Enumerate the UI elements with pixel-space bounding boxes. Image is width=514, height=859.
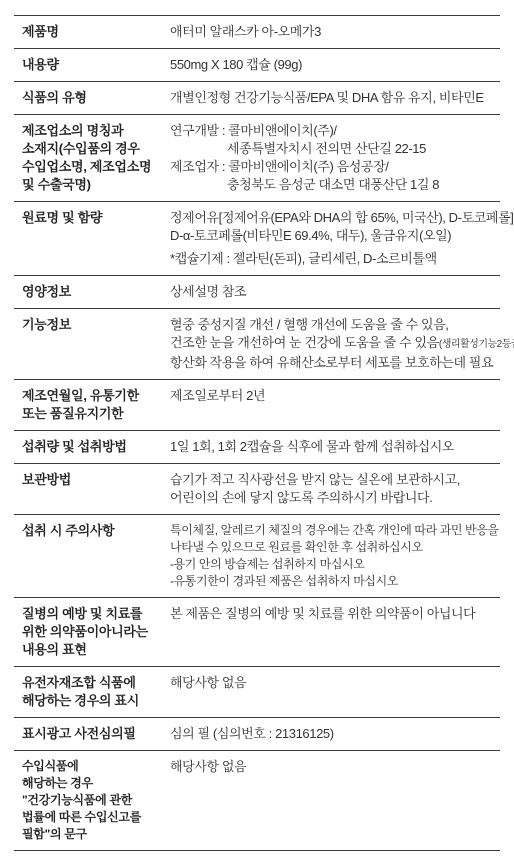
value-line: 1일 1회, 1회 2캡슐을 식후에 물과 함께 섭취하십시오 xyxy=(170,438,496,456)
value-text: 습기가 적고 직사광선을 받지 않는 실온에 보관하시고, xyxy=(170,472,460,487)
row-value: 해당사항 없음 xyxy=(170,758,500,776)
value-text: 해당사항 없음 xyxy=(170,675,246,690)
label-line: 법률에 따른 수입신고를 xyxy=(22,809,164,826)
label-line: 내용량 xyxy=(22,56,164,74)
row-value: 심의 필 (심의번호 : 21316125) xyxy=(170,725,500,743)
value-line: 나타낼 수 있으므로 원료를 확인한 후 섭취하십시오 xyxy=(170,539,499,556)
label-line: 소재지(수입품의 경우 xyxy=(22,140,164,158)
value-text: 상세설명 참조 xyxy=(170,284,246,299)
table-row: 수입식품에해당하는 경우"건강기능식품에 관한법률에 따른 수입신고를필함"의 … xyxy=(14,751,500,851)
value-text: 제조업자 : 콜마비앤에이치(주) 음성공장/ xyxy=(170,159,388,174)
label-line: 또는 품질유지기한 xyxy=(22,405,164,423)
value-text: 본 제품은 질병의 예방 및 치료를 위한 의약품이 아닙니다 xyxy=(170,606,475,621)
value-text: 1일 1회, 1회 2캡슐을 식후에 물과 함께 섭취하십시오 xyxy=(170,439,454,454)
label-line: 식품의 유형 xyxy=(22,89,164,107)
row-value: 제조일로부터 2년 xyxy=(170,387,500,405)
value-text: 나타낼 수 있으므로 원료를 확인한 후 섭취하십시오 xyxy=(170,540,423,554)
table-row: 제품명애터미 알래스카 아-오메가3 xyxy=(14,16,500,49)
row-label: 제조연월일, 유통기한또는 품질유지기한 xyxy=(14,387,170,423)
label-line: 유전자재조합 식품에 xyxy=(22,674,164,692)
table-row: 제조연월일, 유통기한또는 품질유지기한제조일로부터 2년 xyxy=(14,380,500,431)
label-line: 원료명 및 함량 xyxy=(22,209,164,227)
table-row: 유전자재조합 식품에해당하는 경우의 표시해당사항 없음 xyxy=(14,667,500,718)
table-row: 섭취량 및 섭취방법1일 1회, 1회 2캡슐을 식후에 물과 함께 섭취하십시… xyxy=(14,431,500,464)
row-label: 수입식품에해당하는 경우"건강기능식품에 관한법률에 따른 수입신고를필함"의 … xyxy=(14,758,170,843)
value-text: 특이체질, 알레르기 체질의 경우에는 간혹 개인에 따라 과민 반응을 xyxy=(170,523,499,537)
value-line: 특이체질, 알레르기 체질의 경우에는 간혹 개인에 따라 과민 반응을 xyxy=(170,522,499,539)
table-row: 영양정보상세설명 참조 xyxy=(14,276,500,309)
value-text: 건조한 눈을 개선하여 눈 건강에 도움을 줄 수 있음 xyxy=(170,335,439,350)
row-label: 식품의 유형 xyxy=(14,89,170,107)
value-text: 항산화 작용을 하여 유해산소로부터 세포를 보호하는데 필요 xyxy=(170,355,493,370)
table-row: 질병의 예방 및 치료를위한 의약품이아니라는내용의 표현본 제품은 질병의 예… xyxy=(14,598,500,667)
label-line: 제조업소의 명칭과 xyxy=(22,122,164,140)
label-line: 내용의 표현 xyxy=(22,641,164,659)
product-info-table: 제품명애터미 알래스카 아-오메가3내용량550mg X 180 캡슐 (99g… xyxy=(14,15,500,851)
value-line: 550mg X 180 캡슐 (99g) xyxy=(170,56,496,74)
value-text: -유통기한이 경과된 제품은 섭취하지 마십시오 xyxy=(170,574,398,588)
value-text: -용기 안의 방습제는 섭취하지 마십시오 xyxy=(170,557,364,571)
label-line: 섭취량 및 섭취방법 xyxy=(22,438,164,456)
row-label: 보관방법 xyxy=(14,471,170,489)
value-line: -용기 안의 방습제는 섭취하지 마십시오 xyxy=(170,556,499,573)
value-line: 해당사항 없음 xyxy=(170,674,496,692)
value-line: 개별인정형 건강기능식품/EPA 및 DHA 함유 유지, 비타민E xyxy=(170,89,496,107)
label-line: 제조연월일, 유통기한 xyxy=(22,387,164,405)
row-value: 특이체질, 알레르기 체질의 경우에는 간혹 개인에 따라 과민 반응을나타낼 … xyxy=(170,522,503,590)
value-text: 연구개발 : 콜마비앤에이치(주)/ xyxy=(170,123,337,138)
value-text: 정제어유[정제어유(EPA와 DHA의 합 65%, 미국산), D-토코페롤]… xyxy=(170,210,514,225)
label-line: 수입식품에 xyxy=(22,758,164,775)
value-line: 본 제품은 질병의 예방 및 치료를 위한 의약품이 아닙니다 xyxy=(170,605,496,623)
value-line: D-α-토코페롤(비타민E 69.4%, 대두), 울금유지(오일) xyxy=(170,227,514,245)
value-text: 애터미 알래스카 아-오메가3 xyxy=(170,24,321,39)
row-label: 질병의 예방 및 치료를위한 의약품이아니라는내용의 표현 xyxy=(14,605,170,659)
row-label: 섭취 시 주의사항 xyxy=(14,522,170,540)
label-line: 및 수출국명) xyxy=(22,176,164,194)
row-value: 550mg X 180 캡슐 (99g) xyxy=(170,56,500,74)
label-line: 영양정보 xyxy=(22,283,164,301)
value-line: 제조일로부터 2년 xyxy=(170,387,496,405)
table-row: 섭취 시 주의사항특이체질, 알레르기 체질의 경우에는 간혹 개인에 따라 과… xyxy=(14,515,500,598)
value-text: 심의 필 (심의번호 : 21316125) xyxy=(170,726,334,741)
label-line: 해당하는 경우 xyxy=(22,775,164,792)
value-line: 상세설명 참조 xyxy=(170,283,496,301)
label-line: 보관방법 xyxy=(22,471,164,489)
row-label: 제품명 xyxy=(14,23,170,41)
row-value: 해당사항 없음 xyxy=(170,674,500,692)
label-line: 위한 의약품이아니라는 xyxy=(22,623,164,641)
row-value: 상세설명 참조 xyxy=(170,283,500,301)
value-text: 550mg X 180 캡슐 (99g) xyxy=(170,57,302,72)
value-line: 항산화 작용을 하여 유해산소로부터 세포를 보호하는데 필요 xyxy=(170,354,514,372)
label-line: 질병의 예방 및 치료를 xyxy=(22,605,164,623)
label-line: 필함"의 문구 xyxy=(22,826,164,843)
value-line: *캡슐기제 : 젤라틴(돈피), 글리세린, D-소르비톨액 xyxy=(170,250,514,268)
value-text: 제조일로부터 2년 xyxy=(170,388,265,403)
row-value: 1일 1회, 1회 2캡슐을 식후에 물과 함께 섭취하십시오 xyxy=(170,438,500,456)
table-row: 내용량550mg X 180 캡슐 (99g) xyxy=(14,49,500,82)
label-line: 기능정보 xyxy=(22,316,164,334)
row-label: 유전자재조합 식품에해당하는 경우의 표시 xyxy=(14,674,170,710)
value-text: 세종특별자치시 전의면 산단길 22-15 xyxy=(227,141,426,156)
value-line: 정제어유[정제어유(EPA와 DHA의 합 65%, 미국산), D-토코페롤]… xyxy=(170,209,514,227)
table-row: 원료명 및 함량정제어유[정제어유(EPA와 DHA의 합 65%, 미국산),… xyxy=(14,202,500,276)
label-line: 수입업소명, 제조업소명 xyxy=(22,158,164,176)
value-text: D-α-토코페롤(비타민E 69.4%, 대두), 울금유지(오일) xyxy=(170,228,451,243)
label-line: 표시광고 사전심의필 xyxy=(22,725,164,743)
table-row: 보관방법습기가 적고 직사광선을 받지 않는 실온에 보관하시고,어린이의 손에… xyxy=(14,464,500,515)
value-text: 개별인정형 건강기능식품/EPA 및 DHA 함유 유지, 비타민E xyxy=(170,90,484,105)
row-value: 습기가 적고 직사광선을 받지 않는 실온에 보관하시고,어린이의 손에 닿지 … xyxy=(170,471,500,507)
row-label: 원료명 및 함량 xyxy=(14,209,170,227)
row-label: 기능정보 xyxy=(14,316,170,334)
value-text: 충청북도 음성군 대소면 대풍산단 1길 8 xyxy=(227,177,439,192)
row-value: 본 제품은 질병의 예방 및 치료를 위한 의약품이 아닙니다 xyxy=(170,605,500,623)
value-line: 충청북도 음성군 대소면 대풍산단 1길 8 xyxy=(170,176,496,194)
row-value: 정제어유[정제어유(EPA와 DHA의 합 65%, 미국산), D-토코페롤]… xyxy=(170,209,514,268)
row-value: 개별인정형 건강기능식품/EPA 및 DHA 함유 유지, 비타민E xyxy=(170,89,500,107)
table-row: 기능정보혈중 중성지질 개선 / 혈행 개선에 도움을 줄 수 있음,건조한 눈… xyxy=(14,309,500,380)
value-line: 연구개발 : 콜마비앤에이치(주)/ xyxy=(170,122,496,140)
value-line: 세종특별자치시 전의면 산단길 22-15 xyxy=(170,140,496,158)
table-row: 식품의 유형개별인정형 건강기능식품/EPA 및 DHA 함유 유지, 비타민E xyxy=(14,82,500,115)
value-small-suffix: (생리활성기능2등급) xyxy=(439,339,514,350)
value-line: -유통기한이 경과된 제품은 섭취하지 마십시오 xyxy=(170,573,499,590)
value-text: 해당사항 없음 xyxy=(170,759,246,774)
row-label: 제조업소의 명칭과소재지(수입품의 경우수입업소명, 제조업소명및 수출국명) xyxy=(14,122,170,194)
value-text: 혈중 중성지질 개선 / 혈행 개선에 도움을 줄 수 있음, xyxy=(170,317,449,332)
value-line: 심의 필 (심의번호 : 21316125) xyxy=(170,725,496,743)
value-line: 제조업자 : 콜마비앤에이치(주) 음성공장/ xyxy=(170,158,496,176)
row-label: 내용량 xyxy=(14,56,170,74)
label-line: 섭취 시 주의사항 xyxy=(22,522,164,540)
row-label: 섭취량 및 섭취방법 xyxy=(14,438,170,456)
value-text: *캡슐기제 : 젤라틴(돈피), 글리세린, D-소르비톨액 xyxy=(170,251,437,266)
row-label: 표시광고 사전심의필 xyxy=(14,725,170,743)
table-row: 제조업소의 명칭과소재지(수입품의 경우수입업소명, 제조업소명및 수출국명)연… xyxy=(14,115,500,202)
row-value: 애터미 알래스카 아-오메가3 xyxy=(170,23,500,41)
table-row: 표시광고 사전심의필심의 필 (심의번호 : 21316125) xyxy=(14,718,500,751)
row-label: 영양정보 xyxy=(14,283,170,301)
row-value: 연구개발 : 콜마비앤에이치(주)/세종특별자치시 전의면 산단길 22-15제… xyxy=(170,122,500,194)
label-line: 제품명 xyxy=(22,23,164,41)
value-line: 어린이의 손에 닿지 않도록 주의하시기 바랍니다. xyxy=(170,489,496,507)
value-line: 건조한 눈을 개선하여 눈 건강에 도움을 줄 수 있음(생리활성기능2등급) xyxy=(170,334,514,354)
label-line: 해당하는 경우의 표시 xyxy=(22,692,164,710)
row-value: 혈중 중성지질 개선 / 혈행 개선에 도움을 줄 수 있음,건조한 눈을 개선… xyxy=(170,316,514,372)
value-line: 애터미 알래스카 아-오메가3 xyxy=(170,23,496,41)
label-line: "건강기능식품에 관한 xyxy=(22,792,164,809)
value-text: 어린이의 손에 닿지 않도록 주의하시기 바랍니다. xyxy=(170,490,432,505)
value-line: 습기가 적고 직사광선을 받지 않는 실온에 보관하시고, xyxy=(170,471,496,489)
value-line: 혈중 중성지질 개선 / 혈행 개선에 도움을 줄 수 있음, xyxy=(170,316,514,334)
value-line: 해당사항 없음 xyxy=(170,758,496,776)
